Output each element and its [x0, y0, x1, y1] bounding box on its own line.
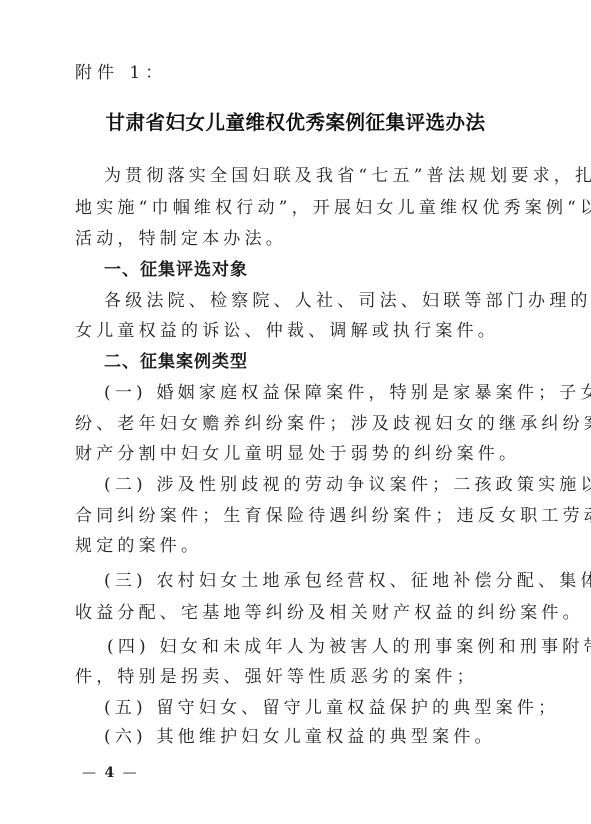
section-1-paragraph-line-2: 女儿童权益的诉讼、仲裁、调解或执行案件。: [75, 316, 517, 346]
item-1-line-3: 财产分割中妇女儿童明显处于弱势的纠纷案件。: [75, 439, 517, 469]
document-page: 附件 1： 甘肃省妇女儿童维权优秀案例征集评选办法 为贯彻落实全国妇联及我省“七…: [0, 0, 591, 824]
item-6-line-1: (六) 其他维护妇女儿童权益的典型案件。: [104, 722, 517, 752]
attachment-label: 附件 1：: [75, 60, 167, 86]
intro-paragraph-line-3: 活动，特制定本办法。: [75, 224, 517, 254]
section-heading-1: 一、征集评选对象: [104, 255, 517, 285]
intro-paragraph-line-1: 为贯彻落实全国妇联及我省“七五”普法规划要求，扎实有效: [104, 161, 517, 191]
item-3-line-1: (三) 农村妇女土地承包经营权、征地补偿分配、集体经济组织: [104, 566, 517, 596]
page-number-value: 4: [104, 765, 116, 781]
item-1-line-2: 纷、老年妇女赡养纠纷案件；涉及歧视妇女的继承纠纷案件；离婚: [75, 409, 517, 439]
item-1-line-1: (一) 婚姻家庭权益保障案件，特别是家暴案件；子女抚养纠: [104, 378, 517, 408]
item-2-line-1: (二) 涉及性别歧视的劳动争议案件；二孩政策实施以来，劳动: [104, 470, 517, 500]
item-4-line-1: (四) 妇女和未成年人为被害人的刑事案例和刑事附带民事案: [107, 632, 517, 662]
item-3-line-2: 收益分配、宅基地等纠纷及相关财产权益的纠纷案件。: [75, 598, 517, 628]
page-number: — 4 —: [82, 762, 139, 784]
page-number-dash-right: —: [123, 765, 139, 781]
item-4-line-2: 件，特别是拐卖、强奸等性质恶劣的案件；: [75, 662, 517, 692]
item-2-line-3: 规定的案件。: [75, 531, 517, 561]
intro-paragraph-line-2: 地实施“巾帼维权行动”，开展妇女儿童维权优秀案例“以案释法”: [75, 193, 517, 223]
document-title: 甘肃省妇女儿童维权优秀案例征集评选办法: [0, 108, 591, 138]
item-2-line-2: 合同纠纷案件；生育保险待遇纠纷案件；违反女职工劳动保护特别: [75, 501, 517, 531]
item-5-line-1: (五) 留守妇女、留守儿童权益保护的典型案件；: [104, 693, 517, 723]
section-heading-2: 二、征集案例类型: [104, 347, 517, 377]
section-1-paragraph-line-1: 各级法院、检察院、人社、司法、妇联等部门办理的有关维护妇: [104, 286, 517, 316]
page-number-dash-left: —: [82, 765, 98, 781]
